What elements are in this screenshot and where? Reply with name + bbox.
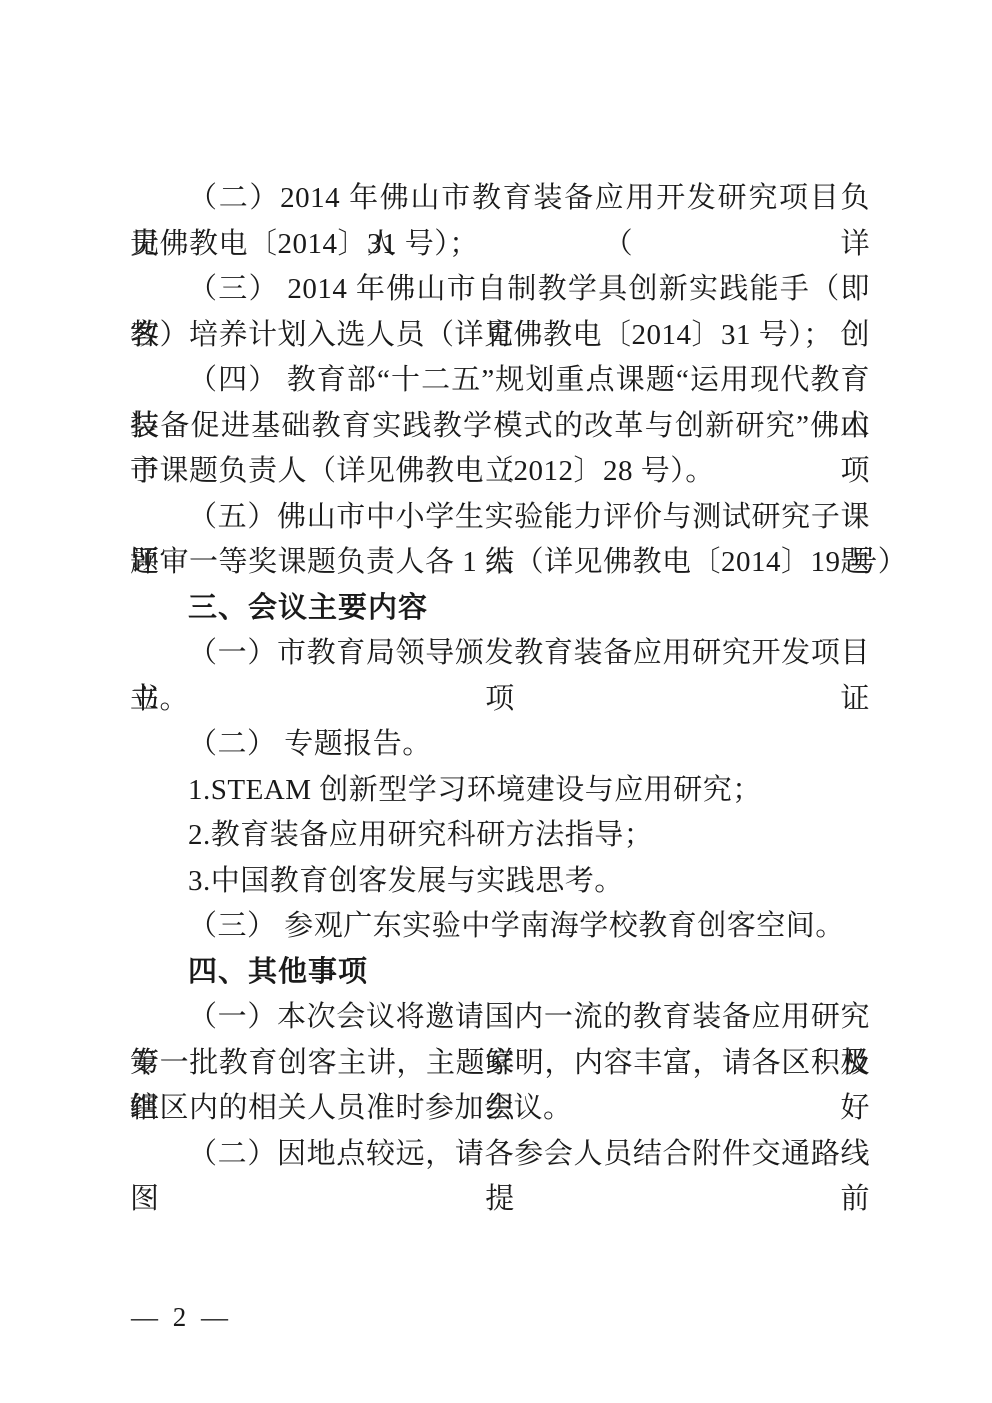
text-line: （二）2014 年佛山市教育装备应用开发研究项目负责人（详 [130,176,870,222]
document-body: （二）2014 年佛山市教育装备应用开发研究项目负责人（详 见佛教电〔2014〕… [130,176,870,1177]
text-line: （三） 参观广东实验中学南海学校教育创客空间。 [130,904,870,950]
text-line: 装备促进基础教育实践教学模式的改革与创新研究”佛山市立项 [130,404,870,450]
text-line: 评审一等奖课题负责人各 1 人（详见佛教电〔2014〕19 号） [130,540,870,586]
text-line: （一）市教育局领导颁发教育装备应用研究开发项目立项证 [130,631,870,677]
page-number: — 2 — [131,1301,232,1333]
text-line: （三） 2014 年佛山市自制教学具创新实践能手（即教育创 [130,267,870,313]
text-line: （四） 教育部“十二五”规划重点课题“运用现代教育技术 [130,358,870,404]
text-line: 第一批教育创客主讲，主题鲜明，内容丰富，请各区积极组织好 [130,1041,870,1087]
list-item-2: 2.教育装备应用研究科研方法指导； [130,813,870,859]
text-line: （五）佛山市中小学生实验能力评价与测试研究子课题结题 [130,495,870,541]
list-item-3: 3.中国教育创客发展与实践思考。 [130,859,870,905]
text-line: （一）本次会议将邀请国内一流的教育装备应用研究专家及 [130,995,870,1041]
section-heading-3: 三、会议主要内容 [130,586,870,632]
text-line: （二）因地点较远，请各参会人员结合附件交通路线图提前 [130,1132,870,1178]
list-item-1: 1.STEAM 创新型学习环境建设与应用研究； [130,768,870,814]
text-line: （二） 专题报告。 [130,722,870,768]
text-line: 客）培养计划入选人员（详见佛教电〔2014〕31 号）； [130,313,870,359]
document-page: （二）2014 年佛山市教育装备应用开发研究项目负责人（详 见佛教电〔2014〕… [0,0,992,1403]
section-heading-4: 四、其他事项 [130,950,870,996]
